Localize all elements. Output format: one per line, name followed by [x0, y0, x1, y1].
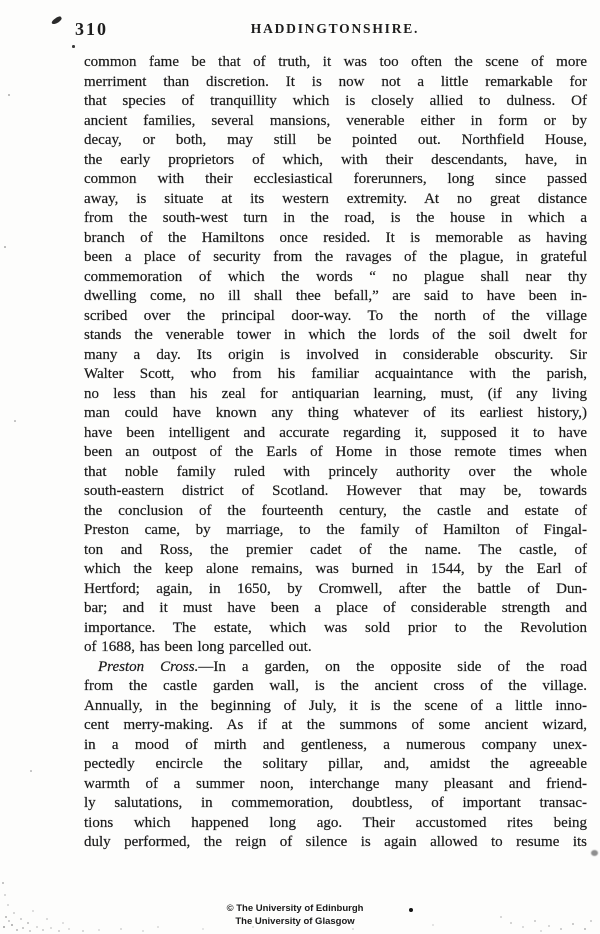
text-line: man could have known any thing whatever … [84, 404, 587, 424]
text-line: commemoration of which the words “ no pl… [84, 268, 587, 288]
text-line: ly salutations, in commemoration, doubtl… [84, 794, 587, 814]
text-line: importance. The estate, which was sold p… [84, 619, 587, 639]
scan-speckle [8, 94, 10, 96]
text-line: the conclusion of the fourteenth century… [84, 502, 587, 522]
paragraph-lead-line: Preston Cross.—In a garden, on the oppos… [84, 658, 587, 678]
text-line: been an outpost of the Earls of Home in … [84, 443, 587, 463]
text-line: of 1688, has been long parcelled out. [84, 638, 587, 658]
text-line: Annually, in the beginning of July, it i… [84, 697, 587, 717]
text-line: ton and Ross, the premier cadet of the n… [84, 541, 587, 561]
book-page-scan: 310 HADDINGTONSHIRE. common fame be that… [0, 0, 600, 934]
text-line: duly performed, the reign of silence is … [84, 833, 587, 853]
scan-noise-bottom-right [500, 916, 502, 918]
body-text: common fame be that of truth, it was too… [84, 53, 587, 853]
text-line: pectedly encircle the solitary pillar, a… [84, 755, 587, 775]
copyright-line-1: © The University of Edinburgh [227, 903, 364, 916]
ink-tick-mark [51, 15, 63, 25]
text-line: stands the venerable tower in which the … [84, 326, 587, 346]
scan-speckle [591, 850, 598, 856]
scan-noise-bottom-left [2, 882, 4, 884]
text-line: been a place of security from the ravage… [84, 248, 587, 268]
text-line: that noble family ruled with princely au… [84, 463, 587, 483]
text-line: merriment than discretion. It is now not… [84, 73, 587, 93]
text-line: common with their ecclesiastical forerun… [84, 170, 587, 190]
text-run: —In a garden, on the opposite side of th… [198, 659, 587, 675]
text-line: Preston came, by marriage, to the family… [84, 521, 587, 541]
scan-speckle [4, 246, 6, 248]
text-line: scribed over the principal door-way. To … [84, 307, 587, 327]
library-copyright: © The University of Edinburgh The Univer… [227, 903, 364, 928]
text-line: no less than his zeal for antiquarian le… [84, 385, 587, 405]
text-line: in a mood of mirth and gentleness, a num… [84, 736, 587, 756]
scan-speckle [409, 908, 413, 912]
text-line: bar; and it must have been a place of co… [84, 599, 587, 619]
text-line: that species of tranquillity which is cl… [84, 92, 587, 112]
text-line: south-eastern district of Scotland. Howe… [84, 482, 587, 502]
page-number: 310 [75, 19, 108, 40]
text-line: decay, or both, may still be pointed out… [84, 131, 587, 151]
text-line: common fame be that of truth, it was too… [84, 53, 587, 73]
text-line: Hertford; again, in 1650, by Cromwell, a… [84, 580, 587, 600]
scan-speckle [14, 420, 16, 422]
scan-speckle [72, 45, 75, 48]
text-line: away, is situate at its western extremit… [84, 190, 587, 210]
scan-speckle [30, 770, 32, 772]
text-line: warmth of a summer noon, interchange man… [84, 775, 587, 795]
section-heading-italic: Preston Cross. [98, 659, 198, 675]
text-line: branch of the Hamiltons once resided. It… [84, 229, 587, 249]
text-line: dwelling come, no ill shall thee befall,… [84, 287, 587, 307]
text-line: from the castle garden wall, is the anci… [84, 677, 587, 697]
text-line: from the south-west turn in the road, is… [84, 209, 587, 229]
text-line: tions which happened long ago. Their acc… [84, 814, 587, 834]
text-line: cent merry-making. As if at the summons … [84, 716, 587, 736]
text-line: ancient families, several mansions, vene… [84, 112, 587, 132]
copyright-line-2: The University of Glasgow [227, 916, 364, 929]
text-line: the early proprietors of which, with the… [84, 151, 587, 171]
text-line: have been intelligent and accurate regar… [84, 424, 587, 444]
running-header: HADDINGTONSHIRE. [251, 21, 419, 37]
text-line: Walter Scott, who from his familiar acqu… [84, 365, 587, 385]
text-line: many a day. Its origin is involved in co… [84, 346, 587, 366]
text-line: which the keep alone remains, was burned… [84, 560, 587, 580]
